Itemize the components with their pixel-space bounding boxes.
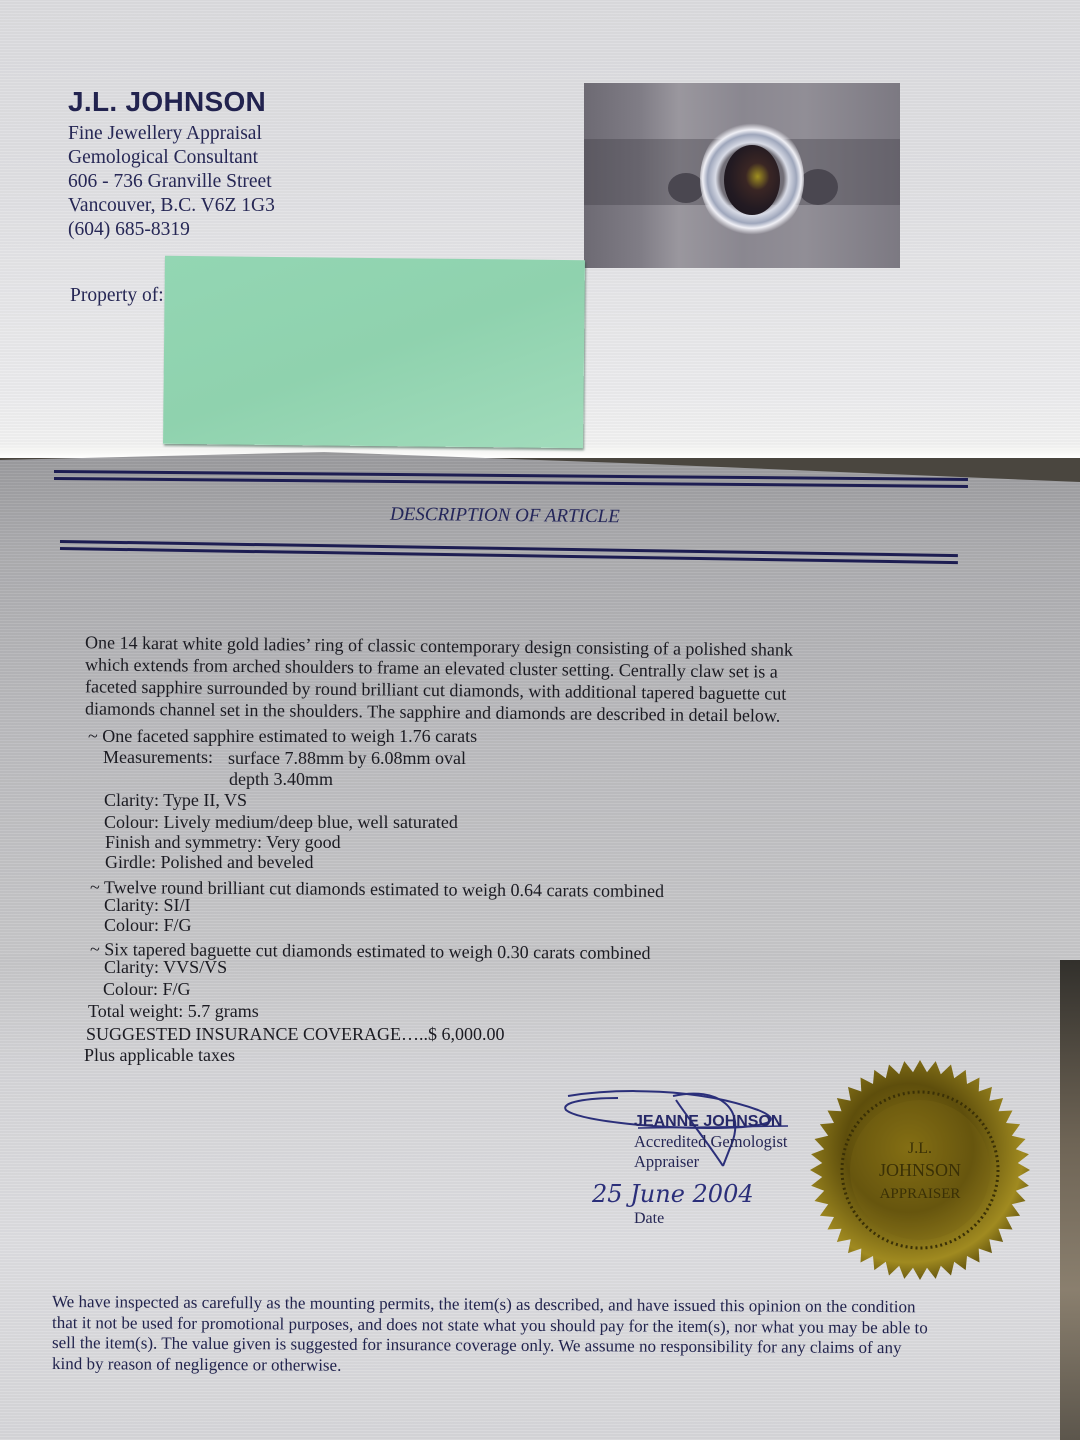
section-title: DESCRIPTION OF ARTICLE xyxy=(390,504,620,528)
sapphire-girdle: Girdle: Polished and beveled xyxy=(105,852,313,873)
sapphire-heading: ~ One faceted sapphire estimated to weig… xyxy=(88,726,477,747)
total-weight: Total weight: 5.7 grams xyxy=(88,1001,259,1022)
redaction-sticky-note xyxy=(163,256,585,448)
sapphire-clarity: Clarity: Type II, VS xyxy=(104,790,247,811)
svg-text:JOHNSON: JOHNSON xyxy=(879,1160,961,1180)
ring-shoulder xyxy=(668,173,704,203)
svg-text:J.L.: J.L. xyxy=(908,1140,932,1157)
address-line: Gemological Consultant xyxy=(68,146,275,170)
round-diamonds-colour: Colour: F/G xyxy=(104,915,192,936)
measurements-depth: depth 3.40mm xyxy=(229,769,333,790)
svg-text:APPRAISER: APPRAISER xyxy=(880,1186,961,1202)
disclaimer: We have inspected as carefully as the mo… xyxy=(52,1292,928,1374)
background-surface xyxy=(1058,940,1080,1440)
sapphire-colour: Colour: Lively medium/deep blue, well sa… xyxy=(104,812,458,833)
address-line: Vancouver, B.C. V6Z 1G3 xyxy=(68,194,275,218)
appraiser-title: Accredited Gemologist Appraiser xyxy=(634,1132,788,1172)
address-line: (604) 685-8319 xyxy=(68,218,275,242)
sapphire-stone xyxy=(724,145,780,215)
applicable-taxes: Plus applicable taxes xyxy=(84,1045,235,1066)
baguette-colour: Colour: F/G xyxy=(103,979,191,1000)
sapphire-finish: Finish and symmetry: Very good xyxy=(105,832,341,853)
measurements-surface: surface 7.88mm by 6.08mm oval xyxy=(228,748,466,769)
round-diamonds-clarity: Clarity: SI/I xyxy=(104,895,191,916)
company-address: Fine Jewellery Appraisal Gemological Con… xyxy=(68,122,275,242)
insurance-coverage: SUGGESTED INSURANCE COVERAGE…..$ 6,000.0… xyxy=(86,1024,505,1045)
measurements-label: Measurements: xyxy=(103,747,213,768)
ring-shoulder xyxy=(798,169,838,205)
property-label: Property of: xyxy=(70,285,164,307)
address-line: 606 - 736 Granville Street xyxy=(68,170,275,194)
appraiser-name: JEANNE JOHNSON xyxy=(634,1113,782,1131)
appraiser-title-line: Appraiser xyxy=(634,1152,788,1172)
gold-seal-icon: J.L. JOHNSON APPRAISER xyxy=(808,1058,1032,1282)
ring-photo xyxy=(584,83,900,268)
company-name: J.L. JOHNSON xyxy=(68,86,266,118)
address-line: Fine Jewellery Appraisal xyxy=(68,122,275,146)
date-label: Date xyxy=(634,1210,664,1228)
baguette-clarity: Clarity: VVS/VS xyxy=(104,957,227,978)
handwritten-date: 25 June 2004 xyxy=(592,1180,754,1208)
appraiser-title-line: Accredited Gemologist xyxy=(634,1132,788,1152)
